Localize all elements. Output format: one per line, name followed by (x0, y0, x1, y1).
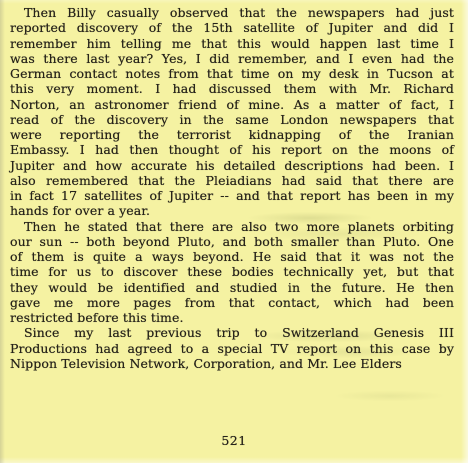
text-line: read of the discovery in the same London… (10, 112, 454, 127)
book-page: Then Billy casually observed that the ne… (0, 0, 468, 463)
text-line: they would be identified and studied in … (10, 280, 454, 295)
text-line: restricted before this time. (10, 310, 454, 325)
text-line: was there last year? Yes, I did remember… (10, 51, 454, 66)
text-line: Productions had agreed to a special TV r… (10, 341, 454, 356)
page-number: 521 (0, 433, 468, 448)
text-line: German contact notes from that time on m… (10, 66, 454, 81)
text-line: were reporting the terrorist kidnapping … (10, 127, 454, 142)
text-line: Embassy. I had then thought of his repor… (10, 142, 454, 157)
text-line: our sun -- both beyond Pluto, and both s… (10, 234, 454, 249)
text-line: Then he stated that there are also two m… (10, 219, 454, 234)
text-block: Then Billy casually observed that the ne… (10, 5, 454, 371)
text-line: in fact 17 satellites of Jupiter -- and … (10, 188, 454, 203)
text-line: gave me more pages from that contact, wh… (10, 295, 454, 310)
text-line: Jupiter and how accurate his detailed de… (10, 158, 454, 173)
text-line: Nippon Television Network, Corporation, … (10, 356, 454, 371)
text-line: also remembered that the Pleiadians had … (10, 173, 454, 188)
text-line: Since my last previous trip to Switzerla… (10, 325, 454, 340)
paragraph: Since my last previous trip to Switzerla… (10, 325, 454, 371)
text-line: reported discovery of the 15th satellite… (10, 20, 454, 35)
text-line: of them is quite a ways beyond. He said … (10, 249, 454, 264)
text-line: this very moment. I had discussed them w… (10, 81, 454, 96)
text-line: Norton, an astronomer friend of mine. As… (10, 97, 454, 112)
text-line: remember him telling me that this would … (10, 36, 454, 51)
paragraph: Then he stated that there are also two m… (10, 219, 454, 326)
text-line: time for us to discover these bodies tec… (10, 264, 454, 279)
text-line: Then Billy casually observed that the ne… (10, 5, 454, 20)
paragraph: Then Billy casually observed that the ne… (10, 5, 454, 219)
text-line: hands for over a year. (10, 203, 454, 218)
